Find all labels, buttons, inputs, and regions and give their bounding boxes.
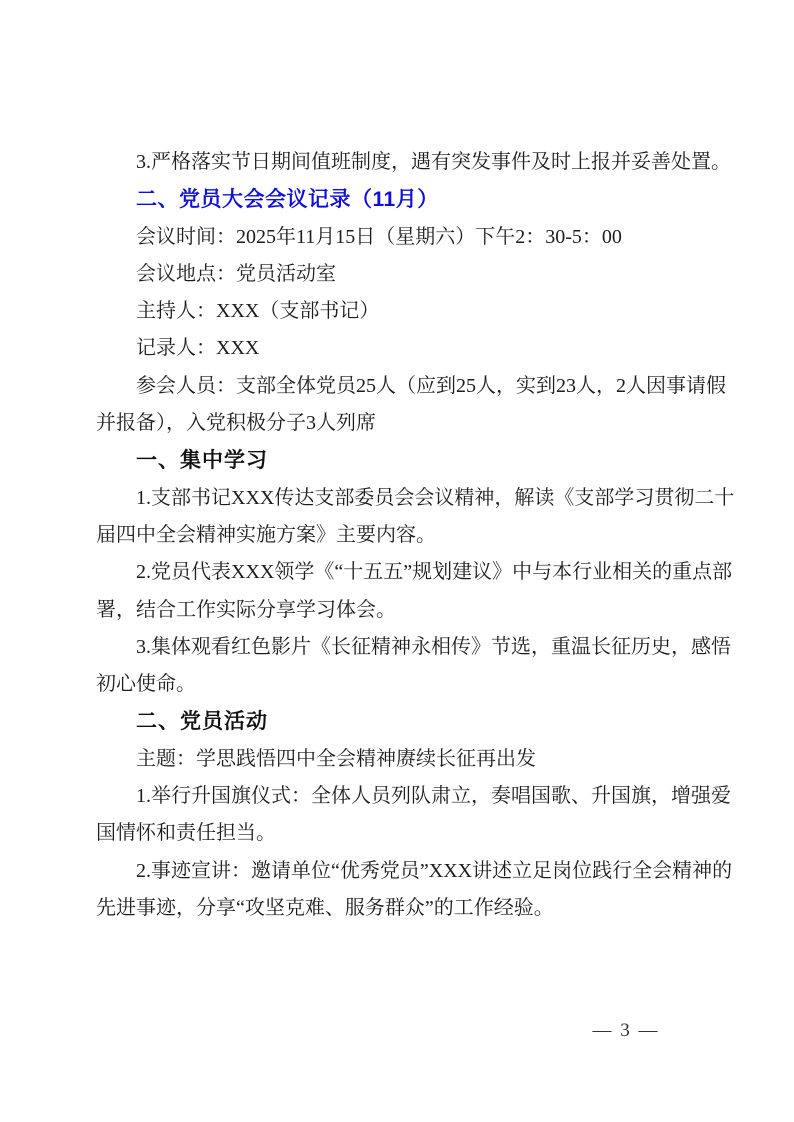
document-line: 2.事迹宣讲：邀请单位“优秀党员”XXX讲述立足岗位践行全会精神的: [96, 853, 736, 890]
document-line: 1.支部书记XXX传达支部委员会会议精神，解读《支部学习贯彻二十: [96, 480, 736, 517]
document-line: 2.党员代表XXX领学《“十五五”规划建议》中与本行业相关的重点部: [96, 554, 736, 591]
document-line: 届四中全会精神实施方案》主要内容。: [96, 517, 736, 554]
document-line: 署，结合工作实际分享学习体会。: [96, 592, 736, 629]
document-line: 记录人：XXX: [96, 330, 736, 367]
document-line: 先进事迹，分享“攻坚克难、服务群众”的工作经验。: [96, 890, 736, 927]
document-line: 3.集体观看红色影片《长征精神永相传》节选，重温长征历史，感悟: [96, 629, 736, 666]
document-line: 会议地点：党员活动室: [96, 256, 736, 293]
document-line: 1.举行升国旗仪式：全体人员列队肃立，奏唱国歌、升国旗，增强爱: [96, 778, 736, 815]
page-number: — 3 —: [561, 1017, 691, 1045]
document-line: 参会人员：支部全体党员25人（应到25人，实到23人，2人因事请假: [96, 368, 736, 405]
document-line: 主题：学思践悟四中全会精神赓续长征再出发: [96, 741, 736, 778]
document-page: 3.严格落实节日期间值班制度，遇有突发事件及时上报并妥善处置。二、党员大会会议记…: [0, 0, 794, 1122]
document-line: 初心使命。: [96, 666, 736, 703]
document-body: 3.严格落实节日期间值班制度，遇有突发事件及时上报并妥善处置。二、党员大会会议记…: [96, 144, 736, 927]
section-heading: 二、党员大会会议记录（11月）: [96, 181, 736, 218]
document-line: 会议时间：2025年11月15日（星期六）下午2：30-5：00: [96, 219, 736, 256]
document-line: 国情怀和责任担当。: [96, 815, 736, 852]
document-line: 主持人：XXX（支部书记）: [96, 293, 736, 330]
section-heading: 一、集中学习: [96, 442, 736, 479]
section-heading: 二、党员活动: [96, 703, 736, 740]
document-line: 并报备），入党积极分子3人列席: [96, 405, 736, 442]
document-line: 3.严格落实节日期间值班制度，遇有突发事件及时上报并妥善处置。: [96, 144, 736, 181]
